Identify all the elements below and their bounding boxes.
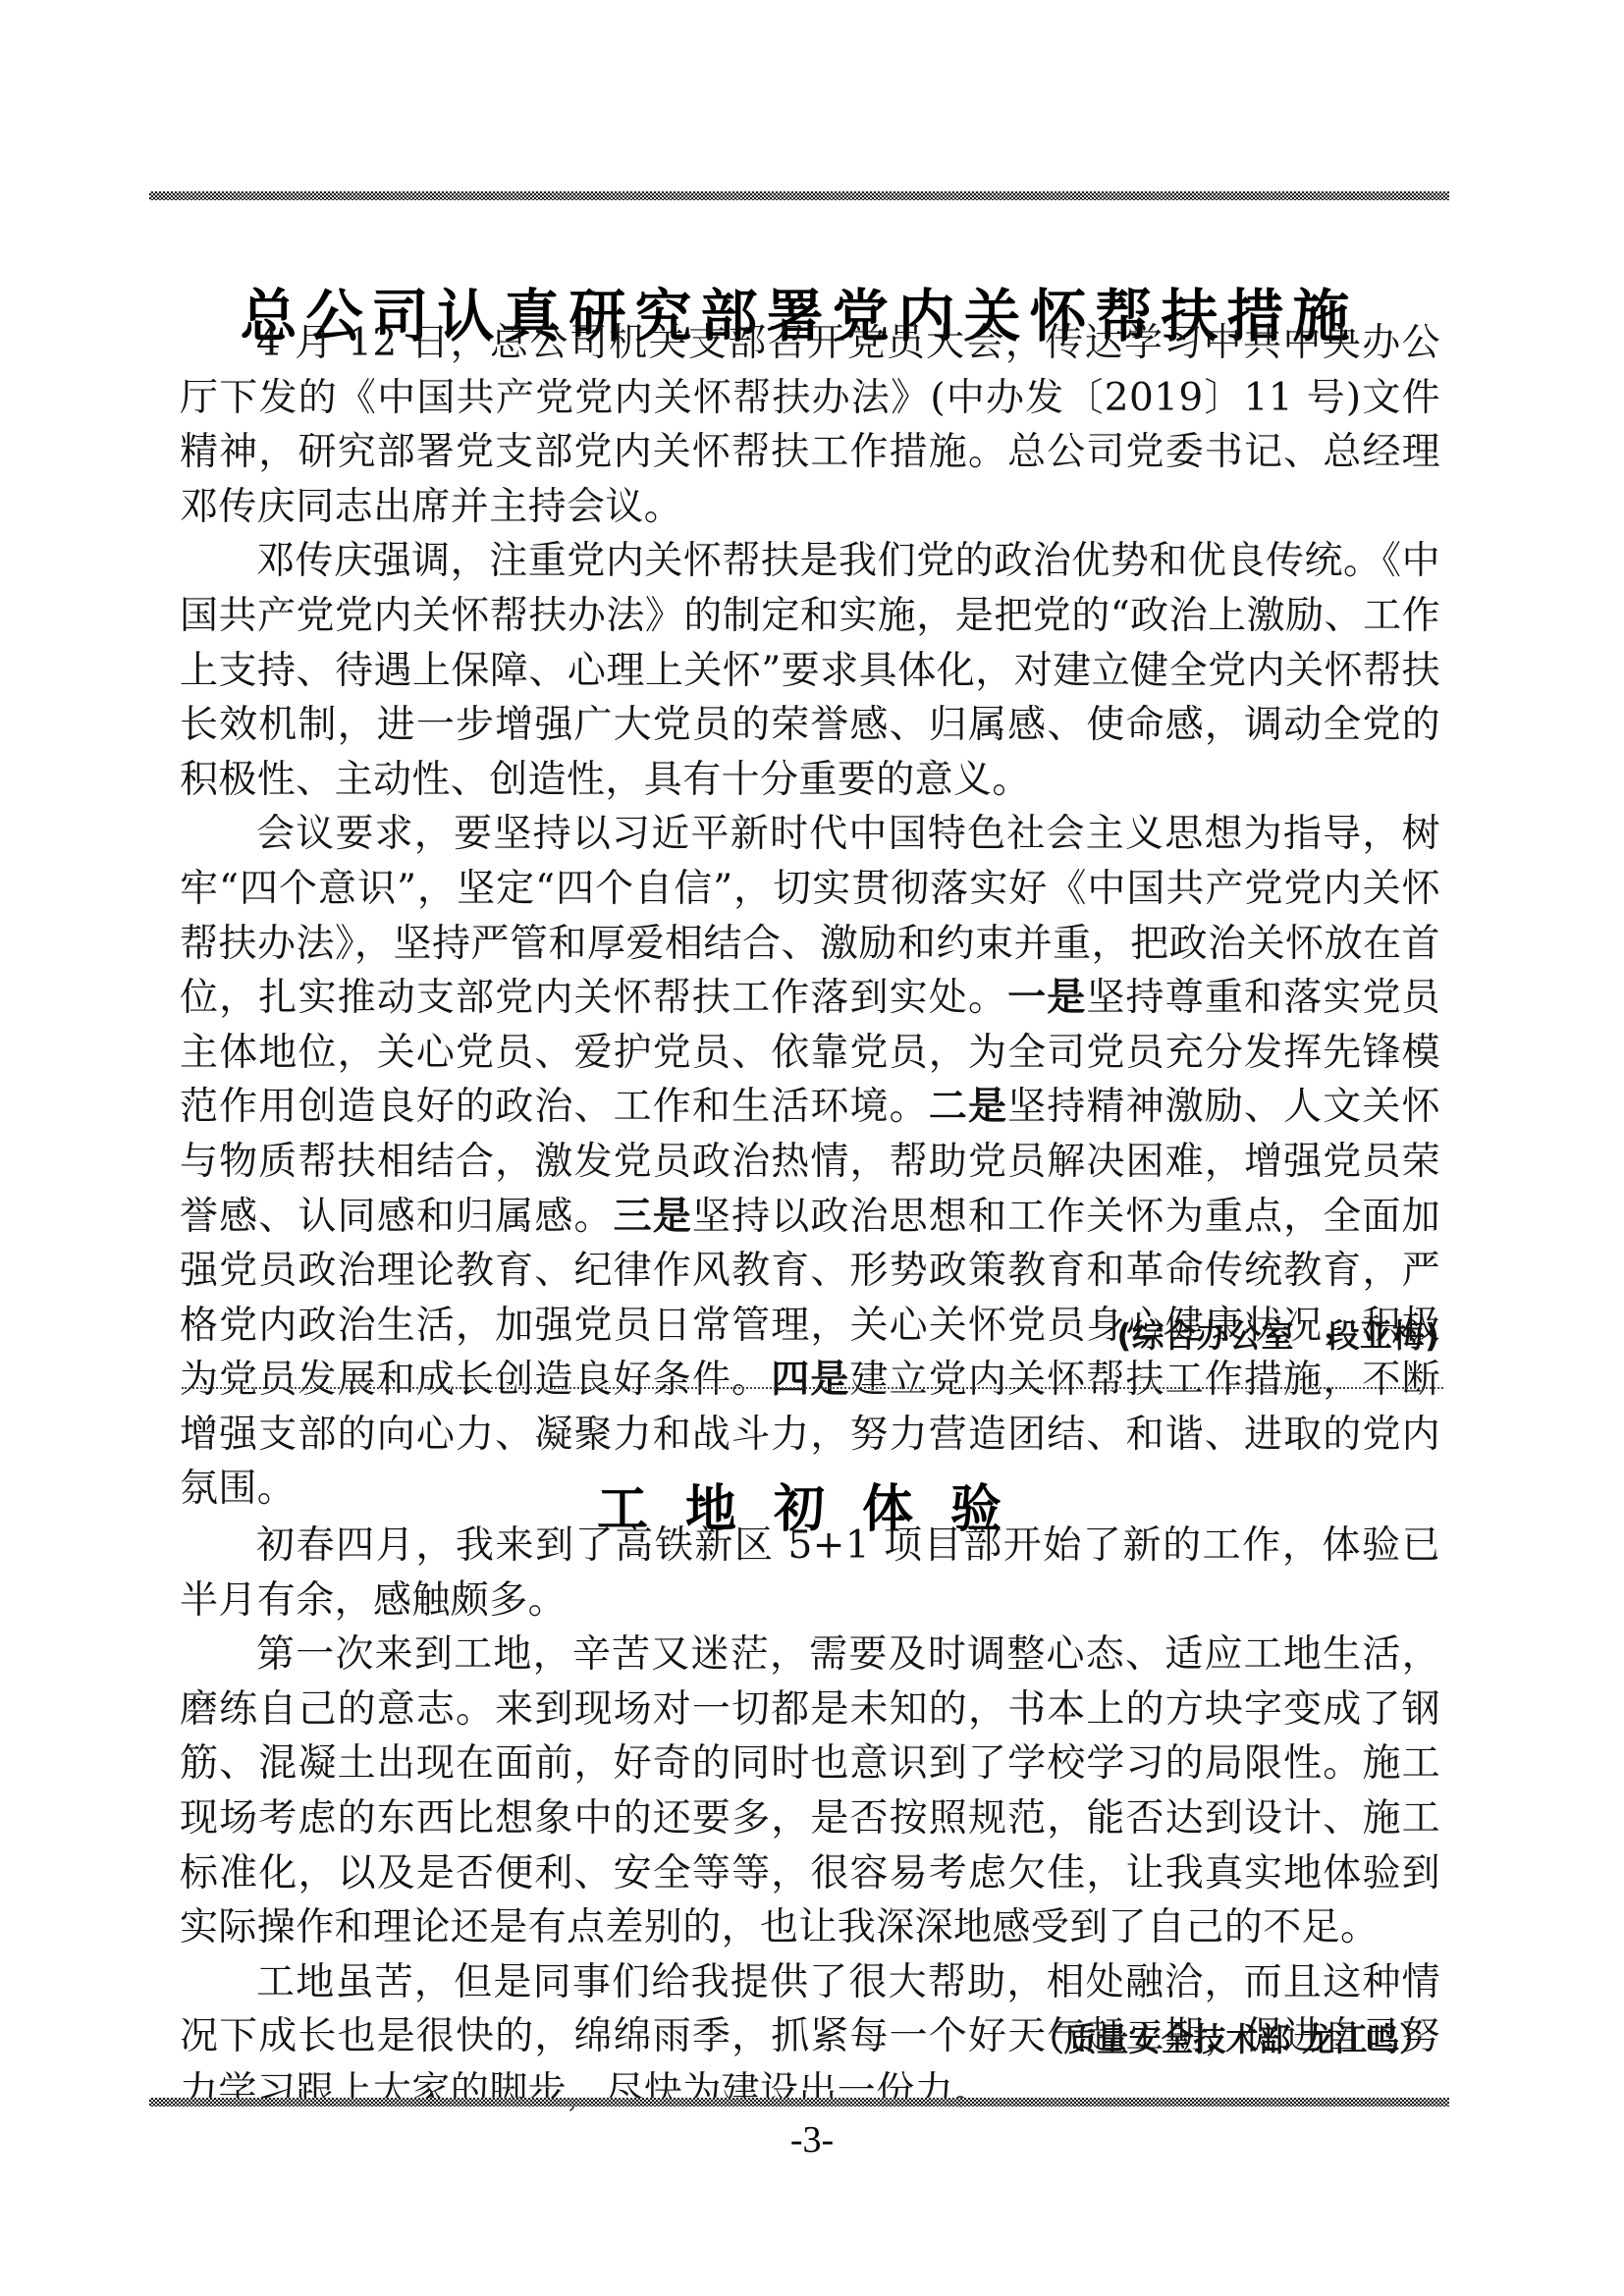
article-divider <box>182 1387 1443 1389</box>
text-segment: 初春四月，我来到了高铁新区 5+1 项目部开始了新的工作，体验已半月有余，感触颇… <box>180 1523 1440 1623</box>
text-segment: 第一次来到工地，辛苦又迷茫，需要及时调整心态、适应工地生活，磨练自己的意志。来到… <box>180 1632 1440 1949</box>
page-number: -3- <box>0 2118 1624 2162</box>
article-2-paragraph-1: 初春四月，我来到了高铁新区 5+1 项目部开始了新的工作，体验已半月有余，感触颇… <box>180 1519 1440 1628</box>
article-2-paragraph-2: 第一次来到工地，辛苦又迷茫，需要及时调整心态、适应工地生活，磨练自己的意志。来到… <box>180 1628 1440 1955</box>
bold-point-marker-1: 一是 <box>1007 976 1086 1020</box>
article-1-byline: (综合办公室 段亚梅) <box>1116 1310 1439 1357</box>
article-2-byline: （质量安全技术部 龙江鸣） <box>1032 2014 1433 2060</box>
article-1-paragraph-3: 会议要求，要坚持以习近平新时代中国特色社会主义思想为指导，树牢“四个意识”，坚定… <box>180 807 1440 1517</box>
article-1-paragraph-1: 4 月 12 日，总公司机关支部召开党员大会，传达学习中共中央办公厅下发的《中国… <box>180 316 1440 534</box>
bold-point-marker-4: 四是 <box>771 1358 849 1402</box>
article-1-paragraph-2: 邓传庆强调，注重党内关怀帮扶是我们党的政治优势和优良传统。《中国共产党党内关怀帮… <box>180 534 1440 807</box>
bold-point-marker-2: 二是 <box>929 1085 1007 1129</box>
top-decorative-rule <box>149 191 1449 200</box>
text-segment: 4 月 12 日，总公司机关支部召开党员大会，传达学习中共中央办公厅下发的《中国… <box>180 321 1440 529</box>
bold-point-marker-3: 三是 <box>614 1195 692 1239</box>
text-segment: 邓传庆强调，注重党内关怀帮扶是我们党的政治优势和优良传统。《中国共产党党内关怀帮… <box>180 539 1440 801</box>
bottom-decorative-rule <box>149 2098 1449 2107</box>
